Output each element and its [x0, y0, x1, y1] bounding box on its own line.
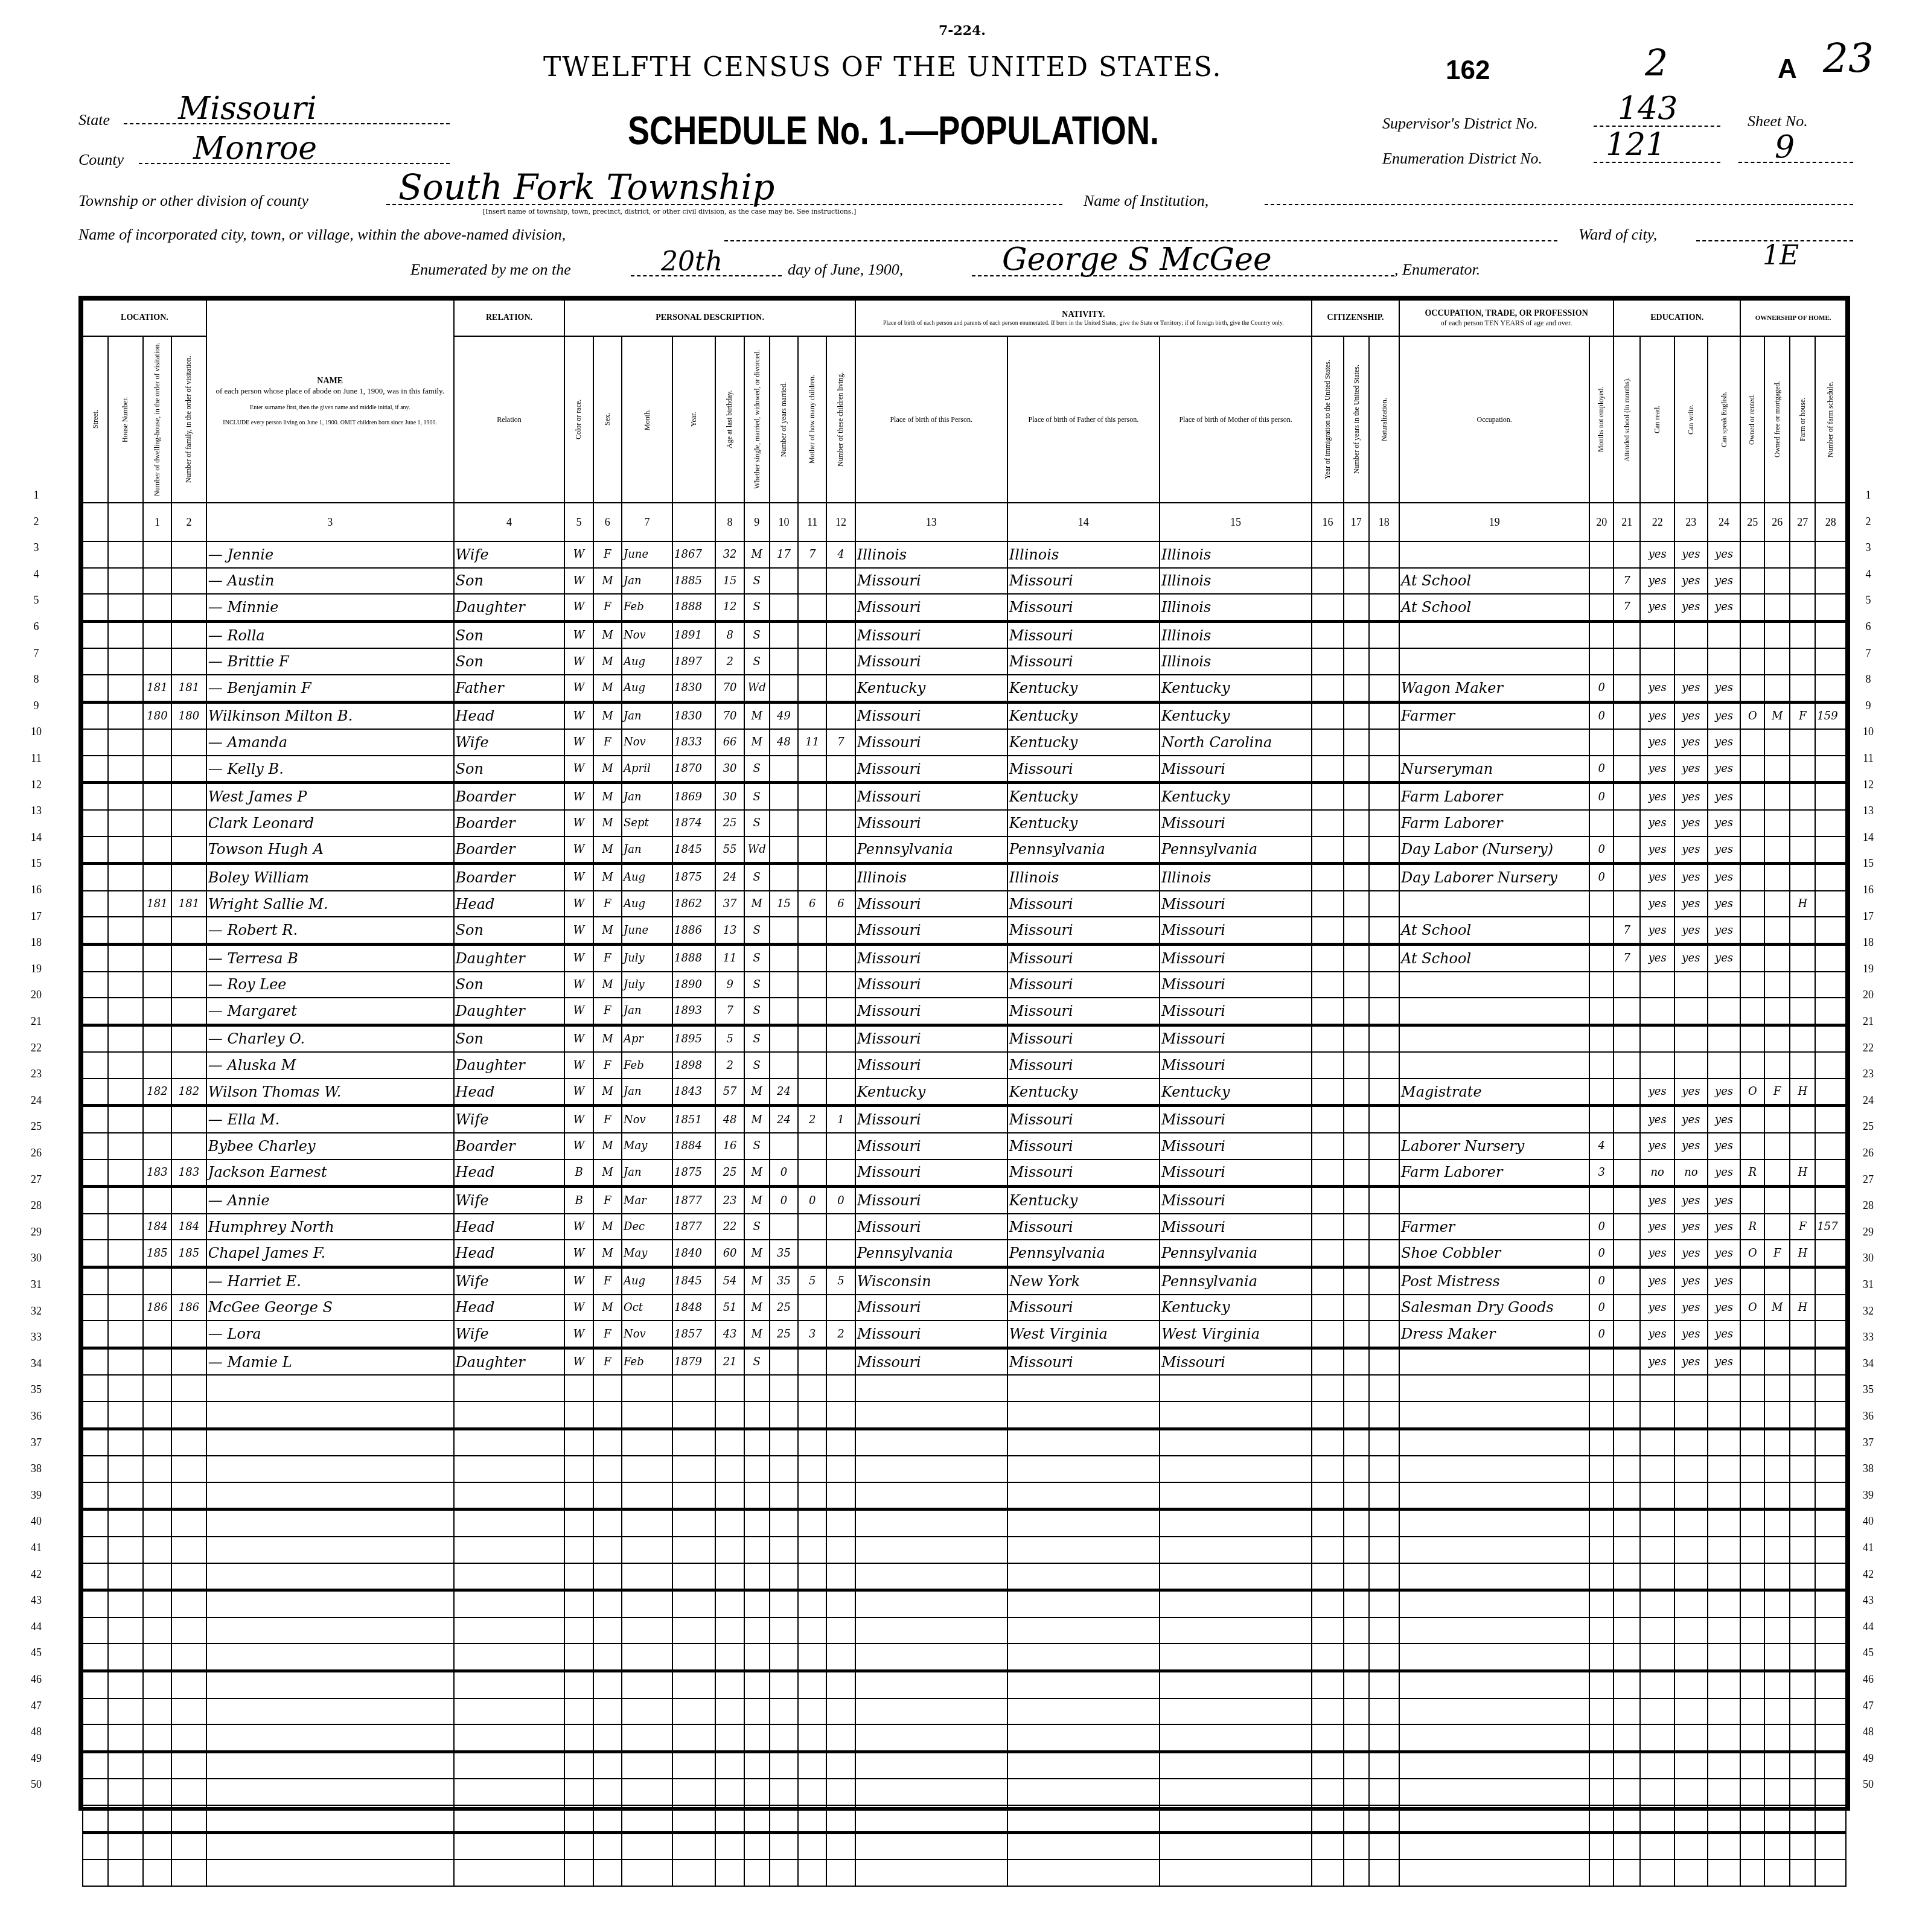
cell-own	[1740, 1590, 1764, 1618]
cell-name: — Roy Lee	[206, 972, 454, 998]
cell-year: 1830	[672, 675, 715, 702]
cell-month: Nov	[622, 1106, 672, 1133]
cell-name	[206, 1805, 454, 1832]
cell-dwelling	[143, 1375, 171, 1401]
cell-age	[715, 1537, 744, 1563]
cell-marital: M	[744, 1159, 770, 1187]
cell-dwelling	[143, 1106, 171, 1133]
cell-mother-birth: Pennsylvania	[1160, 1240, 1312, 1267]
cell-house-number	[108, 1079, 143, 1106]
cell-yrs-married	[770, 1805, 798, 1832]
cell-english: yes	[1708, 1267, 1741, 1295]
cell-house-number	[108, 1348, 143, 1375]
cell-write: no	[1674, 1159, 1708, 1187]
cell-months-unemp	[1589, 1025, 1614, 1052]
cell-mother-birth: North Carolina	[1160, 729, 1312, 756]
cell-street	[83, 1510, 108, 1537]
cell-yrs-married	[770, 568, 798, 595]
cell-year: 1888	[672, 944, 715, 971]
column-label: Street.	[83, 336, 108, 503]
cell-farm	[1790, 594, 1815, 621]
cell-mortgage	[1764, 1860, 1790, 1886]
cell-read: no	[1640, 1159, 1674, 1187]
cell-natz	[1369, 1752, 1399, 1779]
cell-month	[622, 1671, 672, 1698]
cell-immig	[1312, 1187, 1344, 1214]
cell-occupation: At School	[1399, 944, 1589, 971]
cell-sex: M	[593, 702, 622, 729]
cell-mother-birth	[1160, 1563, 1312, 1590]
cell-birth	[855, 1832, 1007, 1860]
group-ownership: OWNERSHIP OF HOME.	[1740, 300, 1846, 336]
county-field: Monroe	[139, 130, 450, 164]
cell-race: W	[564, 1321, 593, 1348]
cell-school	[1614, 1375, 1640, 1401]
cell-house-number	[108, 972, 143, 998]
cell-yrs-us	[1344, 1563, 1369, 1590]
cell-race: W	[564, 568, 593, 595]
cell-race: W	[564, 541, 593, 568]
cell-dwelling	[143, 1779, 171, 1805]
cell-read: yes	[1640, 1348, 1674, 1375]
cell-relation: Son	[454, 917, 565, 944]
cell-living	[826, 1537, 855, 1563]
column-number: 16	[1312, 503, 1344, 541]
cell-own	[1740, 783, 1764, 810]
cell-farm	[1790, 837, 1815, 864]
cell-living	[826, 1375, 855, 1401]
cell-dwelling	[143, 1590, 171, 1618]
cell-own	[1740, 1779, 1764, 1805]
enumerated-day: 20th	[631, 246, 782, 276]
sheet-label: Sheet No.	[1748, 112, 1808, 130]
cell-own	[1740, 1456, 1764, 1482]
cell-relation	[454, 1805, 565, 1832]
cell-month	[622, 1860, 672, 1886]
cell-english: yes	[1708, 675, 1741, 702]
cell-race	[564, 1832, 593, 1860]
cell-family	[171, 1671, 206, 1698]
cell-year	[672, 1860, 715, 1886]
cell-farm-sched	[1815, 1510, 1846, 1537]
cell-yrs-married	[770, 594, 798, 621]
cell-month	[622, 1429, 672, 1456]
cell-age: 60	[715, 1240, 744, 1267]
cell-name: — Benjamin F	[206, 675, 454, 702]
cell-month: Jan	[622, 783, 672, 810]
cell-dwelling	[143, 1752, 171, 1779]
cell-father-birth	[1007, 1618, 1160, 1644]
cell-farm-sched	[1815, 891, 1846, 917]
cell-dwelling	[143, 1537, 171, 1563]
cell-birth	[855, 1537, 1007, 1563]
cell-farm-sched	[1815, 1860, 1846, 1886]
cell-read: yes	[1640, 541, 1674, 568]
cell-month	[622, 1698, 672, 1725]
cell-school	[1614, 864, 1640, 891]
cell-read: yes	[1640, 756, 1674, 783]
cell-family	[171, 1429, 206, 1456]
cell-immig	[1312, 998, 1344, 1025]
cell-birth	[855, 1429, 1007, 1456]
cell-age	[715, 1563, 744, 1590]
cell-name: Wright Sallie M.	[206, 891, 454, 917]
cell-name: — Kelly B.	[206, 756, 454, 783]
cell-father-birth: Kentucky	[1007, 729, 1160, 756]
cell-farm-sched: 157	[1815, 1214, 1846, 1240]
cell-immig	[1312, 1375, 1344, 1401]
cell-immig	[1312, 1456, 1344, 1482]
cell-street	[83, 675, 108, 702]
cell-months-unemp: 0	[1589, 1214, 1614, 1240]
cell-write	[1674, 1590, 1708, 1618]
cell-write: yes	[1674, 837, 1708, 864]
cell-living	[826, 1752, 855, 1779]
cell-months-unemp	[1589, 1724, 1614, 1752]
cell-yrs-us	[1344, 1779, 1369, 1805]
cell-occupation: At School	[1399, 917, 1589, 944]
cell-english: yes	[1708, 1321, 1741, 1348]
cell-mother-birth: Missouri	[1160, 998, 1312, 1025]
cell-english	[1708, 1698, 1741, 1725]
cell-birth: Missouri	[855, 756, 1007, 783]
cell-street	[83, 1698, 108, 1725]
cell-marital: M	[744, 1187, 770, 1214]
cell-age	[715, 1724, 744, 1752]
cell-race: B	[564, 1187, 593, 1214]
cell-marital: S	[744, 944, 770, 971]
cell-own	[1740, 810, 1764, 837]
line-number: 28	[1856, 1199, 1880, 1212]
cell-immig	[1312, 541, 1344, 568]
cell-relation	[454, 1456, 565, 1482]
cell-mother-birth: Illinois	[1160, 568, 1312, 595]
column-number: 3	[206, 503, 454, 541]
cell-relation: Wife	[454, 541, 565, 568]
cell-name	[206, 1618, 454, 1644]
cell-english	[1708, 1429, 1741, 1456]
cell-mother-of	[798, 756, 826, 783]
cell-marital	[744, 1618, 770, 1644]
cell-mother-of: 3	[798, 1321, 826, 1348]
table-row: — MargaretDaughterWFJan18937SMissouriMis…	[83, 998, 1846, 1025]
cell-own: O	[1740, 1240, 1764, 1267]
line-number: 1	[1856, 489, 1880, 502]
cell-yrs-us	[1344, 1510, 1369, 1537]
cell-father-birth: Missouri	[1007, 568, 1160, 595]
cell-year: 1867	[672, 541, 715, 568]
cell-farm	[1790, 1510, 1815, 1537]
cell-birth: Missouri	[855, 1321, 1007, 1348]
cell-immig	[1312, 864, 1344, 891]
cell-dwelling	[143, 864, 171, 891]
cell-age	[715, 1510, 744, 1537]
line-number: 6	[24, 620, 48, 633]
cell-mother-birth	[1160, 1832, 1312, 1860]
cell-dwelling	[143, 917, 171, 944]
cell-occupation	[1399, 1429, 1589, 1456]
cell-yrs-us	[1344, 837, 1369, 864]
cell-age: 2	[715, 648, 744, 675]
cell-month	[622, 1510, 672, 1537]
cell-yrs-married	[770, 1348, 798, 1375]
cell-name: — Brittie F	[206, 648, 454, 675]
cell-yrs-married	[770, 1779, 798, 1805]
cell-mother-birth	[1160, 1429, 1312, 1456]
cell-occupation	[1399, 1537, 1589, 1563]
cell-street	[83, 1537, 108, 1563]
cell-relation: Daughter	[454, 1052, 565, 1079]
cell-living	[826, 568, 855, 595]
cell-yrs-us	[1344, 972, 1369, 998]
cell-sex: F	[593, 594, 622, 621]
cell-farm-sched	[1815, 568, 1846, 595]
cell-own	[1740, 944, 1764, 971]
column-number: 1	[143, 503, 171, 541]
cell-yrs-married	[770, 1860, 798, 1886]
cell-family: 183	[171, 1159, 206, 1187]
cell-yrs-married	[770, 1429, 798, 1456]
cell-relation	[454, 1618, 565, 1644]
cell-year: 1895	[672, 1025, 715, 1052]
cell-relation	[454, 1779, 565, 1805]
cell-relation	[454, 1698, 565, 1725]
cell-month	[622, 1805, 672, 1832]
cell-mother-birth: Illinois	[1160, 621, 1312, 648]
cell-dwelling: 184	[143, 1214, 171, 1240]
cell-relation	[454, 1671, 565, 1698]
cell-mortgage	[1764, 1106, 1790, 1133]
table-row: 185185Chapel James F.HeadWMMay184060M35P…	[83, 1240, 1846, 1267]
table-row	[83, 1537, 1846, 1563]
cell-marital: S	[744, 1214, 770, 1240]
cell-sex	[593, 1510, 622, 1537]
cell-english: yes	[1708, 810, 1741, 837]
cell-dwelling: 183	[143, 1159, 171, 1187]
cell-living	[826, 1052, 855, 1079]
cell-age: 22	[715, 1214, 744, 1240]
cell-race: W	[564, 1052, 593, 1079]
cell-mother-birth: Missouri	[1160, 891, 1312, 917]
cell-dwelling	[143, 541, 171, 568]
cell-street	[83, 1348, 108, 1375]
cell-write	[1674, 648, 1708, 675]
cell-read: yes	[1640, 1214, 1674, 1240]
cell-english: yes	[1708, 783, 1741, 810]
cell-relation: Daughter	[454, 998, 565, 1025]
cell-mother-birth: Kentucky	[1160, 783, 1312, 810]
cell-farm	[1790, 648, 1815, 675]
cell-family	[171, 837, 206, 864]
cell-english	[1708, 1052, 1741, 1079]
cell-month: Aug	[622, 675, 672, 702]
line-number: 30	[24, 1252, 48, 1264]
cell-living	[826, 1482, 855, 1510]
cell-race: W	[564, 1025, 593, 1052]
cell-english	[1708, 1805, 1741, 1832]
cell-yrs-married	[770, 1456, 798, 1482]
cell-school	[1614, 1106, 1640, 1133]
cell-race	[564, 1779, 593, 1805]
cell-months-unemp	[1589, 917, 1614, 944]
cell-birth: Missouri	[855, 1106, 1007, 1133]
column-number: 13	[855, 503, 1007, 541]
cell-sex: M	[593, 1295, 622, 1321]
cell-yrs-us	[1344, 1375, 1369, 1401]
cell-read: yes	[1640, 1321, 1674, 1348]
cell-english	[1708, 1832, 1741, 1860]
cell-living: 1	[826, 1106, 855, 1133]
cell-father-birth: West Virginia	[1007, 1321, 1160, 1348]
cell-birth: Missouri	[855, 1187, 1007, 1214]
cell-dwelling	[143, 729, 171, 756]
cell-own	[1740, 621, 1764, 648]
cell-street	[83, 729, 108, 756]
cell-mother-of	[798, 1401, 826, 1429]
cell-immig	[1312, 1590, 1344, 1618]
cell-mother-of	[798, 1025, 826, 1052]
column-label: Month.	[622, 336, 672, 503]
cell-immig	[1312, 1537, 1344, 1563]
cell-street	[83, 756, 108, 783]
cell-english	[1708, 621, 1741, 648]
cell-marital: M	[744, 891, 770, 917]
column-number: 8	[715, 503, 744, 541]
table-row	[83, 1752, 1846, 1779]
cell-race	[564, 1618, 593, 1644]
cell-street	[83, 1159, 108, 1187]
cell-street	[83, 864, 108, 891]
cell-months-unemp: 0	[1589, 756, 1614, 783]
cell-write	[1674, 1832, 1708, 1860]
cell-mother-birth	[1160, 1618, 1312, 1644]
cell-living: 7	[826, 729, 855, 756]
cell-month: Jan	[622, 837, 672, 864]
cell-months-unemp	[1589, 1510, 1614, 1537]
cell-mortgage	[1764, 1832, 1790, 1860]
cell-year	[672, 1752, 715, 1779]
cell-farm	[1790, 1860, 1815, 1886]
cell-sex: M	[593, 864, 622, 891]
cell-marital	[744, 1752, 770, 1779]
cell-street	[83, 837, 108, 864]
cell-sex: M	[593, 648, 622, 675]
cell-farm	[1790, 1724, 1815, 1752]
cell-birth: Missouri	[855, 998, 1007, 1025]
cell-race: W	[564, 729, 593, 756]
cell-yrs-married	[770, 1537, 798, 1563]
group-name: NAME of each person whose place of abode…	[206, 300, 454, 503]
cell-farm-sched	[1815, 1832, 1846, 1860]
column-label: Can speak English.	[1708, 336, 1741, 503]
cell-name: McGee George S	[206, 1295, 454, 1321]
cell-year: 1884	[672, 1133, 715, 1159]
cell-english: yes	[1708, 891, 1741, 917]
cell-yrs-us	[1344, 1456, 1369, 1482]
cell-father-birth: Missouri	[1007, 1348, 1160, 1375]
cell-sex: M	[593, 783, 622, 810]
cell-yrs-us	[1344, 1671, 1369, 1698]
cell-yrs-married	[770, 1133, 798, 1159]
cell-mother-birth: Missouri	[1160, 944, 1312, 971]
cell-year: 1877	[672, 1214, 715, 1240]
cell-living: 4	[826, 541, 855, 568]
cell-father-birth	[1007, 1671, 1160, 1698]
cell-school	[1614, 837, 1640, 864]
cell-farm-sched	[1815, 917, 1846, 944]
cell-write: yes	[1674, 1267, 1708, 1295]
cell-house-number	[108, 917, 143, 944]
cell-mother-of	[798, 568, 826, 595]
cell-write: yes	[1674, 1214, 1708, 1240]
cell-sex: M	[593, 756, 622, 783]
cell-mother-birth: Missouri	[1160, 1348, 1312, 1375]
cell-marital	[744, 1375, 770, 1401]
cell-immig	[1312, 1321, 1344, 1348]
table-row: — JennieWifeWFJune186732M1774IllinoisIll…	[83, 541, 1846, 568]
cell-family	[171, 1724, 206, 1752]
cell-year: 1845	[672, 837, 715, 864]
cell-natz	[1369, 541, 1399, 568]
cell-living	[826, 594, 855, 621]
cell-occupation	[1399, 1832, 1589, 1860]
cell-immig	[1312, 1724, 1344, 1752]
cell-family: 184	[171, 1214, 206, 1240]
cell-year	[672, 1401, 715, 1429]
cell-sex: F	[593, 891, 622, 917]
cell-house-number	[108, 1429, 143, 1456]
cell-own	[1740, 1752, 1764, 1779]
cell-sex: M	[593, 837, 622, 864]
cell-relation: Son	[454, 1025, 565, 1052]
cell-occupation: Laborer Nursery	[1399, 1133, 1589, 1159]
cell-mother-birth: Missouri	[1160, 1214, 1312, 1240]
cell-birth: Pennsylvania	[855, 837, 1007, 864]
cell-family	[171, 621, 206, 648]
cell-school	[1614, 1187, 1640, 1214]
cell-own	[1740, 1429, 1764, 1456]
cell-street	[83, 1052, 108, 1079]
column-number: 5	[564, 503, 593, 541]
cell-race: W	[564, 891, 593, 917]
table-row	[83, 1779, 1846, 1805]
cell-month: Jan	[622, 702, 672, 729]
column-label: Number of dwelling-house, in the order o…	[143, 336, 171, 503]
cell-family	[171, 1025, 206, 1052]
cell-father-birth: Illinois	[1007, 864, 1160, 891]
cell-father-birth	[1007, 1482, 1160, 1510]
cell-race	[564, 1643, 593, 1671]
line-number: 41	[1856, 1541, 1880, 1554]
cell-family	[171, 1779, 206, 1805]
column-number	[83, 503, 108, 541]
cell-own	[1740, 1832, 1764, 1860]
line-number: 18	[24, 936, 48, 949]
cell-sex	[593, 1752, 622, 1779]
cell-farm	[1790, 1618, 1815, 1644]
cell-read	[1640, 1724, 1674, 1752]
cell-occupation: Farm Laborer	[1399, 810, 1589, 837]
cell-living	[826, 1643, 855, 1671]
cell-birth: Missouri	[855, 1133, 1007, 1159]
cell-living	[826, 972, 855, 998]
cell-birth: Missouri	[855, 1159, 1007, 1187]
cell-immig	[1312, 594, 1344, 621]
cell-living	[826, 648, 855, 675]
cell-own: O	[1740, 702, 1764, 729]
table-row: — MinnieDaughterWFFeb188812SMissouriMiss…	[83, 594, 1846, 621]
cell-mother-of	[798, 1698, 826, 1725]
